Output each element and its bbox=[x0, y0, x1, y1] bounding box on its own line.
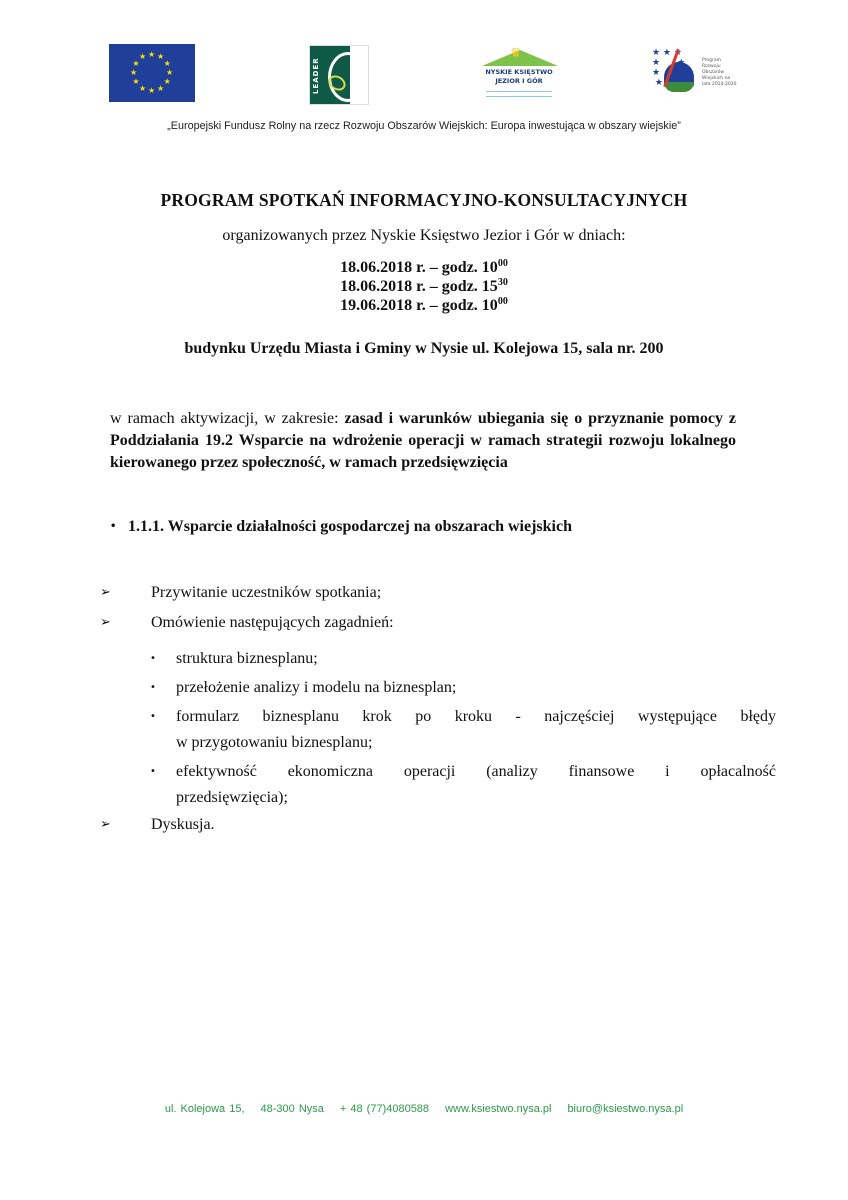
prow-logo: ★ ★ ★★ ★★ ★ ★ ★ Program Rozwoju Obszarów… bbox=[650, 44, 742, 104]
page-title: PROGRAM SPOTKAŃ INFORMACYJNO-KONSULTACYJ… bbox=[0, 190, 848, 211]
fund-slogan: „Europejski Fundusz Rolny na rzecz Rozwo… bbox=[0, 120, 848, 132]
scope-paragraph: w ramach aktywizacji, w zakresie: zasad … bbox=[110, 408, 736, 474]
star-icon: ★ bbox=[130, 69, 137, 77]
star-icon: ★ bbox=[132, 78, 139, 86]
leader-logo: LEADER bbox=[309, 45, 369, 105]
bullet-icon: • bbox=[150, 675, 156, 701]
agenda-subitem: • struktura biznesplanu; bbox=[100, 646, 776, 672]
star-icon: ★ bbox=[164, 60, 171, 68]
arrow-bullet-icon: ➢ bbox=[100, 612, 111, 634]
agenda-subitems: • struktura biznesplanu; • przełożenie a… bbox=[100, 646, 776, 811]
star-icon: ★ bbox=[166, 69, 173, 77]
footer-contact: ul. Kolejowa 15,48-300 Nysa+ 48 (77)4080… bbox=[0, 1103, 848, 1115]
subtitle: organizowanych przez Nyskie Księstwo Jez… bbox=[0, 227, 848, 245]
meeting-location: budynku Urzędu Miasta i Gminy w Nysie ul… bbox=[0, 340, 848, 358]
bullet-icon: • bbox=[150, 646, 156, 672]
agenda-item: ➢ Przywitanie uczestników spotkania; bbox=[100, 582, 776, 612]
agenda-item: ➢ Dyskusja. bbox=[100, 814, 776, 844]
star-icon: ★ bbox=[139, 85, 146, 93]
nyskie-ksiestwo-logo: ♛ NYSKIE KSIĘSTWO JEZIOR I GÓR bbox=[474, 46, 564, 102]
arrow-bullet-icon: ➢ bbox=[100, 582, 111, 604]
meeting-dates: 18.06.2018 r. – godz. 1000 18.06.2018 r.… bbox=[0, 258, 848, 315]
arrow-bullet-icon: ➢ bbox=[100, 814, 111, 836]
footer-phone: + 48 (77)4080588 bbox=[340, 1103, 429, 1115]
agenda-list: ➢ Przywitanie uczestników spotkania; ➢ O… bbox=[100, 582, 776, 844]
bullet-icon: • bbox=[150, 704, 156, 730]
footer-website[interactable]: www.ksiestwo.nysa.pl bbox=[445, 1103, 551, 1115]
eu-flag-logo: ★★★★★★★★★★★★ bbox=[109, 44, 195, 102]
footer-address: ul. Kolejowa 15, bbox=[165, 1103, 245, 1115]
bullet-icon: • bbox=[150, 759, 156, 785]
star-icon: ★ bbox=[164, 78, 171, 86]
footer-email[interactable]: biuro@ksiestwo.nysa.pl bbox=[567, 1103, 683, 1115]
star-icon: ★ bbox=[139, 53, 146, 61]
footer-city: 48-300 Nysa bbox=[261, 1103, 324, 1115]
bullet-icon: • bbox=[110, 521, 128, 532]
date-line: 19.06.2018 r. – godz. 1000 bbox=[0, 296, 848, 315]
star-icon: ★ bbox=[148, 87, 155, 95]
star-icon: ★ bbox=[148, 51, 155, 59]
agenda-subitem: • przełożenie analizy i modelu na biznes… bbox=[100, 675, 776, 701]
date-line: 18.06.2018 r. – godz. 1530 bbox=[0, 277, 848, 296]
agenda-subitem: • efektywność ekonomiczna operacji (anal… bbox=[100, 759, 776, 811]
agenda-subitem: • formularz biznesplanu krok po kroku - … bbox=[100, 704, 776, 756]
logo-bar: ★★★★★★★★★★★★ LEADER ♛ NYSKIE KSIĘSTWO JE… bbox=[0, 44, 848, 104]
date-line: 18.06.2018 r. – godz. 1000 bbox=[0, 258, 848, 277]
measure-item: •1.1.1. Wsparcie działalności gospodarcz… bbox=[110, 518, 572, 536]
crown-icon: ♛ bbox=[510, 46, 522, 61]
agenda-item: ➢ Omówienie następujących zagadnień: bbox=[100, 612, 776, 642]
star-icon: ★ bbox=[157, 85, 164, 93]
